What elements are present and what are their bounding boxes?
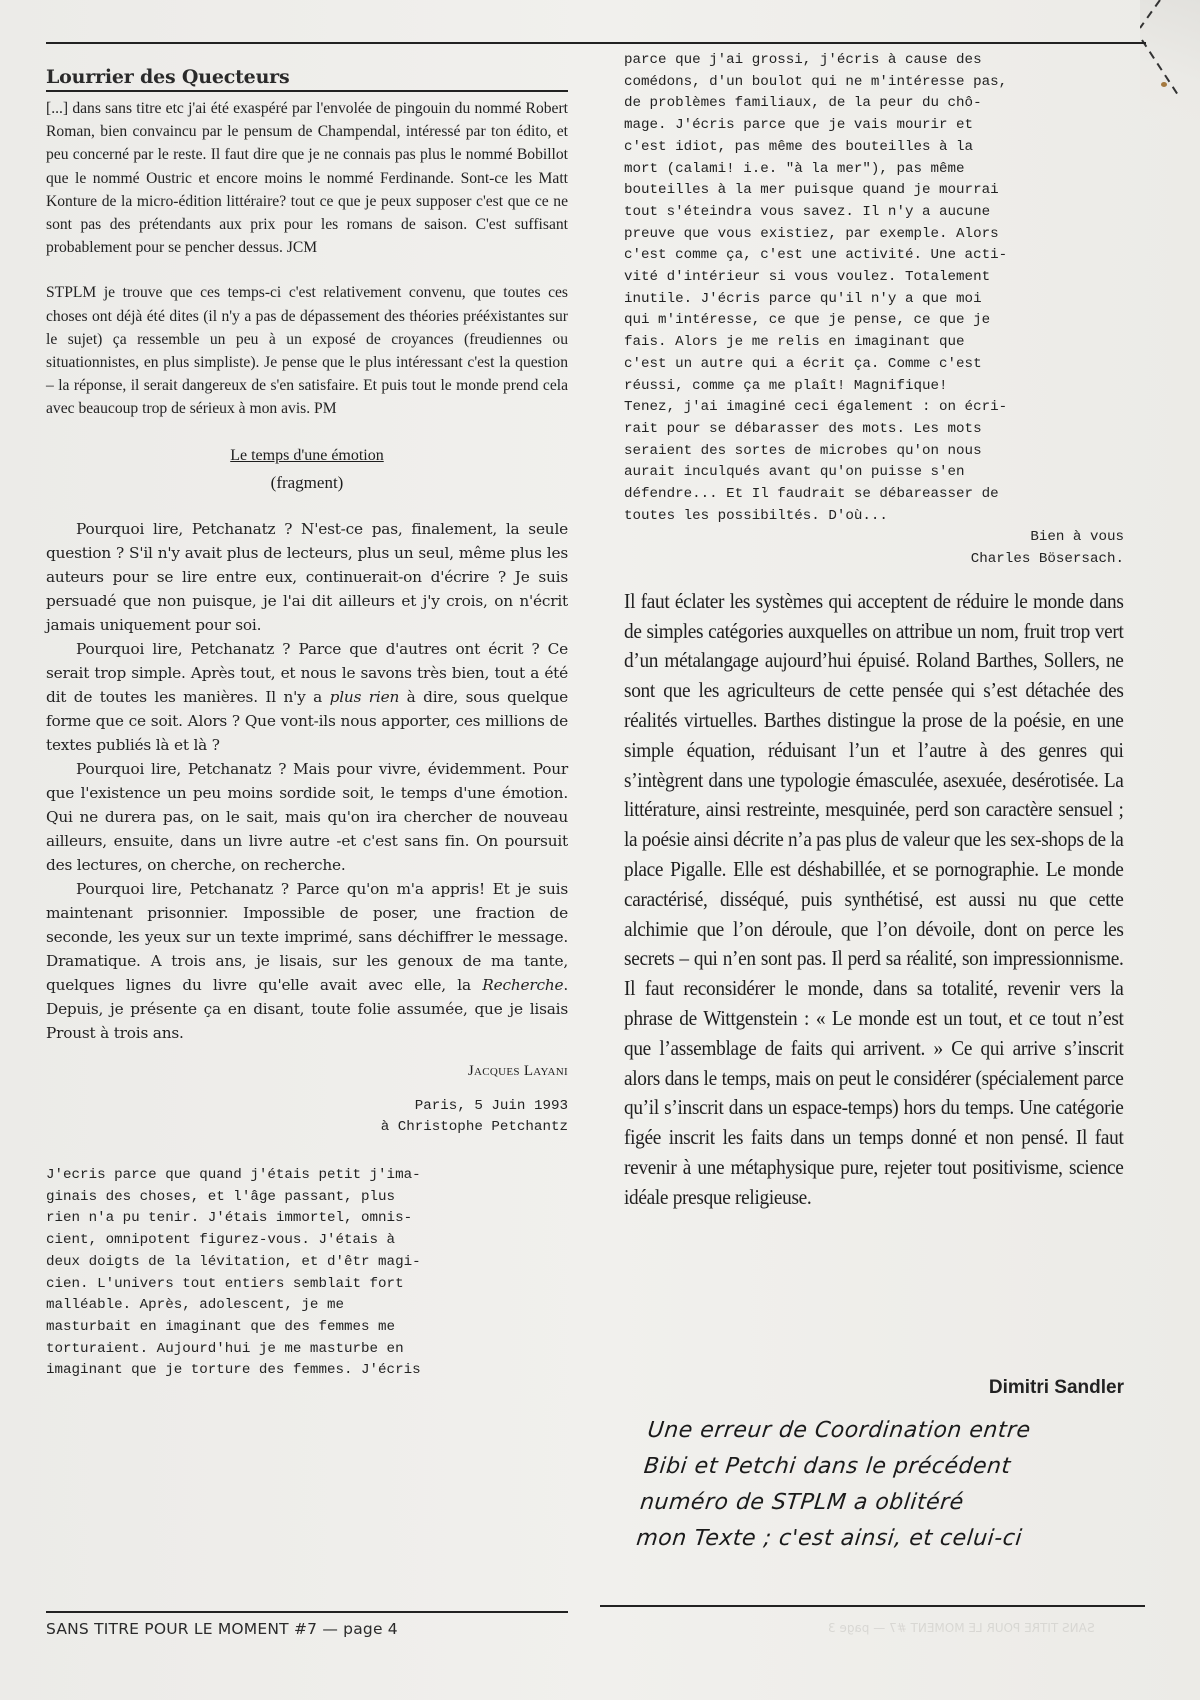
typed-line: parce que j'ai grossi, j'écris à cause d… xyxy=(624,50,1124,72)
corner-dashed-mark-icon xyxy=(1140,0,1200,110)
piece-paragraph: Pourquoi lire, Petchanatz ? N'est-ce pas… xyxy=(46,517,568,637)
italic-book-title: Recherche xyxy=(482,976,563,994)
paper-stain xyxy=(1161,82,1167,87)
left-column: Lourrier des Quecteurs [...] dans sans t… xyxy=(46,62,568,1382)
typed-line: cient, omnipotent figurez-vous. J'étais … xyxy=(46,1230,568,1252)
bottom-rule-left xyxy=(46,1611,568,1613)
typed-line: J'ecris parce que quand j'étais petit j'… xyxy=(46,1165,568,1187)
piece-author: Jacques Layani xyxy=(46,1063,568,1080)
top-rule xyxy=(46,42,1146,44)
typed-line: réussi, comme ça me plaît! Magnifique! xyxy=(624,376,1124,398)
bleedthrough-footer: SANS TITRE POUR LE MOMENT #7 — page 3 xyxy=(828,1621,1095,1635)
handwritten-line: Une erreur de Coordination entre xyxy=(646,1413,1132,1449)
typed-line: preuve que vous existiez, par exemple. A… xyxy=(624,224,1124,246)
typed-line: aurait inculqués avant qu'on puisse s'en xyxy=(624,462,1124,484)
piece-paragraph: Pourquoi lire, Petchanatz ? Parce que d'… xyxy=(46,637,568,757)
typed-line: deux doigts de la lévitation, et d'êtr m… xyxy=(46,1252,568,1274)
italic-emphasis: plus rien xyxy=(330,688,399,706)
typed-line: comédons, d'un boulot qui ne m'intéresse… xyxy=(624,72,1124,94)
typed-line: cien. L'univers tout entiers semblait fo… xyxy=(46,1274,568,1296)
typed-line: bouteilles à la mer puisque quand je mou… xyxy=(624,180,1124,202)
typed-letter-start: J'ecris parce que quand j'étais petit j'… xyxy=(46,1165,568,1382)
handwritten-note: Une erreur de Coordination entre Bibi et… xyxy=(616,1413,1131,1557)
typed-line: torturaient. Aujourd'hui je me masturbe … xyxy=(46,1339,568,1361)
section-heading: Lourrier des Quecteurs xyxy=(46,66,568,92)
typed-line: de problèmes familiaux, de la peur du ch… xyxy=(624,93,1124,115)
typed-line: rien n'a pu tenir. J'étais immortel, omn… xyxy=(46,1208,568,1230)
typed-line: toutes les possibiltés. D'où... xyxy=(624,506,1124,528)
typed-line: Tenez, j'ai imaginé ceci également : on … xyxy=(624,397,1124,419)
bottom-rule-right xyxy=(600,1605,1145,1607)
typed-line: inutile. J'écris parce qu'il n'y a que m… xyxy=(624,289,1124,311)
letter-dateline: Paris, 5 Juin 1993 xyxy=(46,1096,568,1118)
typed-line: mage. J'écris parce que je vais mourir e… xyxy=(624,115,1124,137)
typed-line: mort (calami! i.e. "à la mer"), pas même xyxy=(624,159,1124,181)
handwritten-line: numéro de STPLM a oblitéré xyxy=(638,1485,1124,1521)
typed-line: qui m'intéresse, ce que je pense, ce que… xyxy=(624,310,1124,332)
piece-subtitle: (fragment) xyxy=(46,469,568,497)
typed-line: malléable. Après, adolescent, je me xyxy=(46,1295,568,1317)
piece-title-block: Le temps d'une émotion (fragment) xyxy=(46,443,568,497)
typed-line: rait pour se débarasser des mots. Les mo… xyxy=(624,419,1124,441)
typed-line: c'est idiot, pas même des bouteilles à l… xyxy=(624,137,1124,159)
essay-text: Il faut éclater les systèmes qui accepte… xyxy=(624,587,1124,1213)
typed-line: fais. Alors je me relis en imaginant que xyxy=(624,332,1124,354)
typed-line: ginais des choses, et l'âge passant, plu… xyxy=(46,1187,568,1209)
essay-author: Dimitri Sandler xyxy=(624,1377,1124,1399)
letter-closing: Bien à vous xyxy=(624,527,1124,549)
letter-signature: Charles Bösersach. xyxy=(624,549,1124,571)
page-footer: SANS TITRE POUR LE MOMENT #7 — page 4 xyxy=(46,1620,398,1638)
typed-line: tout s'éteindra vous savez. Il n'y a auc… xyxy=(624,202,1124,224)
letter-recipient: à Christophe Petchantz xyxy=(46,1117,568,1139)
handwritten-line: Bibi et Petchi dans le précédent xyxy=(642,1449,1128,1485)
typed-line: c'est comme ça, c'est une activité. Une … xyxy=(624,245,1124,267)
reader-letter-jcm: [...] dans sans titre etc j'ai été exasp… xyxy=(46,97,568,259)
right-column: parce que j'ai grossi, j'écris à cause d… xyxy=(624,50,1124,1557)
piece-title: Le temps d'une émotion xyxy=(46,443,568,469)
typed-line: seraient des sortes de microbes qu'on no… xyxy=(624,441,1124,463)
typed-line: imaginant que je torture des femmes. J'é… xyxy=(46,1360,568,1382)
typed-line: masturbait en imaginant que des femmes m… xyxy=(46,1317,568,1339)
piece-paragraph: Pourquoi lire, Petchanatz ? Parce qu'on … xyxy=(46,877,568,1045)
typed-line: c'est un autre qui a écrit ça. Comme c'e… xyxy=(624,354,1124,376)
typed-line: vité d'intérieur si vous voulez. Totalem… xyxy=(624,267,1124,289)
typed-letter-continued: parce que j'ai grossi, j'écris à cause d… xyxy=(624,50,1124,571)
typed-line: défendre... Et Il faudrait se débareasse… xyxy=(624,484,1124,506)
piece-paragraph: Pourquoi lire, Petchanatz ? Mais pour vi… xyxy=(46,757,568,877)
handwritten-line: mon Texte ; c'est ainsi, et celui-ci xyxy=(634,1521,1120,1557)
essay-block: Il faut éclater les systèmes qui accepte… xyxy=(624,587,1124,1377)
reader-letter-pm: STPLM je trouve que ces temps-ci c'est r… xyxy=(46,281,568,420)
